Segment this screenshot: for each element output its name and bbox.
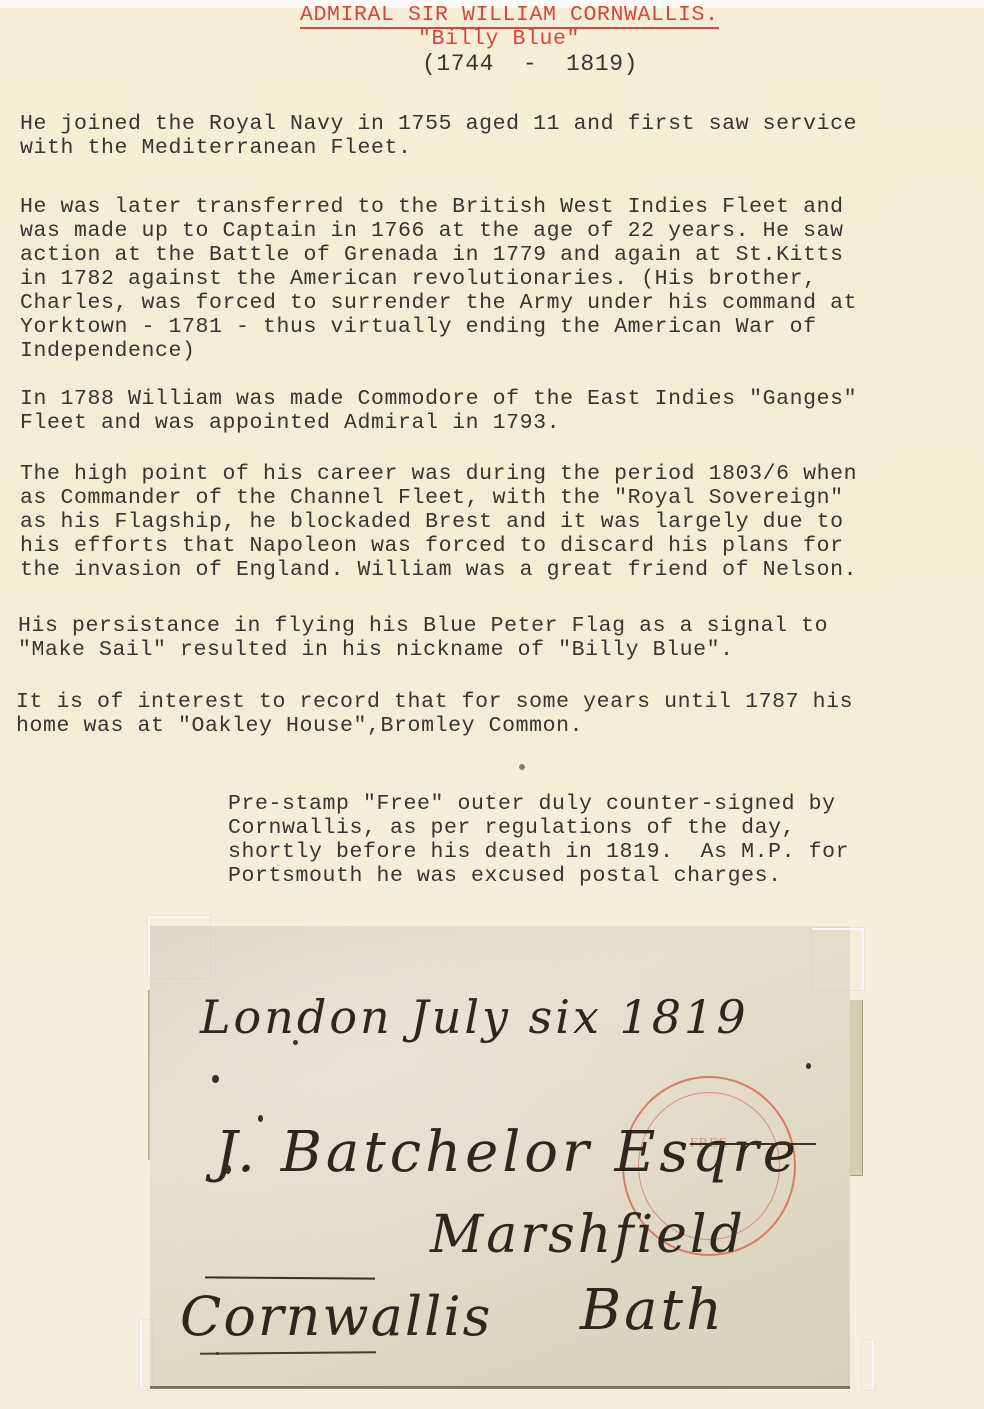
text-line: He was later transferred to the British …	[20, 195, 857, 219]
cover-caption: Pre-stamp "Free" outer duly counter-sign…	[228, 792, 849, 888]
handwritten-signature: Cornwallis	[180, 1285, 492, 1348]
text-line: in 1782 against the American revolutiona…	[20, 267, 857, 291]
mount-corner-bottom-left	[140, 1320, 152, 1390]
text-line: Cornwallis, as per regulations of the da…	[228, 816, 849, 840]
text-line: his efforts that Napoleon was forced to …	[20, 534, 857, 558]
paragraph-navy-joining: He joined the Royal Navy in 1755 aged 11…	[20, 112, 857, 160]
mount-corner-top-right	[812, 928, 864, 990]
paper-spot	[519, 764, 525, 770]
text-line: Pre-stamp "Free" outer duly counter-sign…	[228, 792, 849, 816]
ink-blot	[212, 1075, 219, 1083]
ink-blot	[258, 1115, 263, 1122]
text-line: His persistance in flying his Blue Peter…	[18, 614, 828, 638]
handwritten-town: Bath	[580, 1278, 725, 1343]
text-line: He joined the Royal Navy in 1755 aged 11…	[20, 112, 857, 136]
text-line: shortly before his death in 1819. As M.P…	[228, 840, 849, 864]
text-line: Fleet and was appointed Admiral in 1793.	[20, 411, 857, 435]
paragraph-oakley-house: It is of interest to record that for som…	[16, 690, 853, 738]
ink-blot	[225, 1165, 231, 1174]
text-line: Independence)	[20, 339, 857, 363]
text-line: The high point of his career was during …	[20, 462, 857, 486]
mount-corner-top-left	[148, 916, 210, 978]
handwritten-date-line: London July six 1819	[200, 990, 749, 1044]
text-line: "Make Sail" resulted in his nickname of …	[18, 638, 828, 662]
paragraph-billy-blue: His persistance in flying his Blue Peter…	[18, 614, 828, 662]
text-line: action at the Battle of Grenada in 1779 …	[20, 243, 857, 267]
paragraph-commodore: In 1788 William was made Commodore of th…	[20, 387, 857, 435]
paragraph-channel-fleet: The high point of his career was during …	[20, 462, 857, 582]
life-dates: (1744 - 1819)	[422, 53, 638, 75]
nickname-subtitle: "Billy Blue"	[418, 28, 580, 50]
handwritten-addressee: J. Batchelor Esqre	[215, 1120, 800, 1185]
text-line: It is of interest to record that for som…	[16, 690, 853, 714]
cover-back-flap-right	[848, 1000, 863, 1176]
text-line: Charles, was forced to surrender the Arm…	[20, 291, 857, 315]
text-line: In 1788 William was made Commodore of th…	[20, 387, 857, 411]
mount-corner-bottom-right	[862, 1340, 874, 1390]
handwritten-place: Marshfield	[430, 1205, 746, 1265]
text-line: Yorktown - 1781 - thus virtually ending …	[20, 315, 857, 339]
text-line: was made up to Captain in 1766 at the ag…	[20, 219, 857, 243]
album-page: ADMIRAL SIR WILLIAM CORNWALLIS. "Billy B…	[0, 0, 984, 1409]
ink-blot	[806, 1063, 811, 1069]
addressee-underline	[690, 1143, 816, 1145]
text-line: with the Mediterranean Fleet.	[20, 136, 857, 160]
paragraph-west-indies: He was later transferred to the British …	[20, 195, 857, 363]
page-title: ADMIRAL SIR WILLIAM CORNWALLIS.	[300, 4, 719, 29]
ink-blot	[216, 1352, 219, 1355]
ink-blot	[293, 1040, 298, 1045]
text-line: the invasion of England. William was a g…	[20, 558, 857, 582]
text-line: as Commander of the Channel Fleet, with …	[20, 486, 857, 510]
text-line: as his Flagship, he blockaded Brest and …	[20, 510, 857, 534]
text-line: Portsmouth he was excused postal charges…	[228, 864, 849, 888]
text-line: home was at "Oakley House",Bromley Commo…	[16, 714, 853, 738]
